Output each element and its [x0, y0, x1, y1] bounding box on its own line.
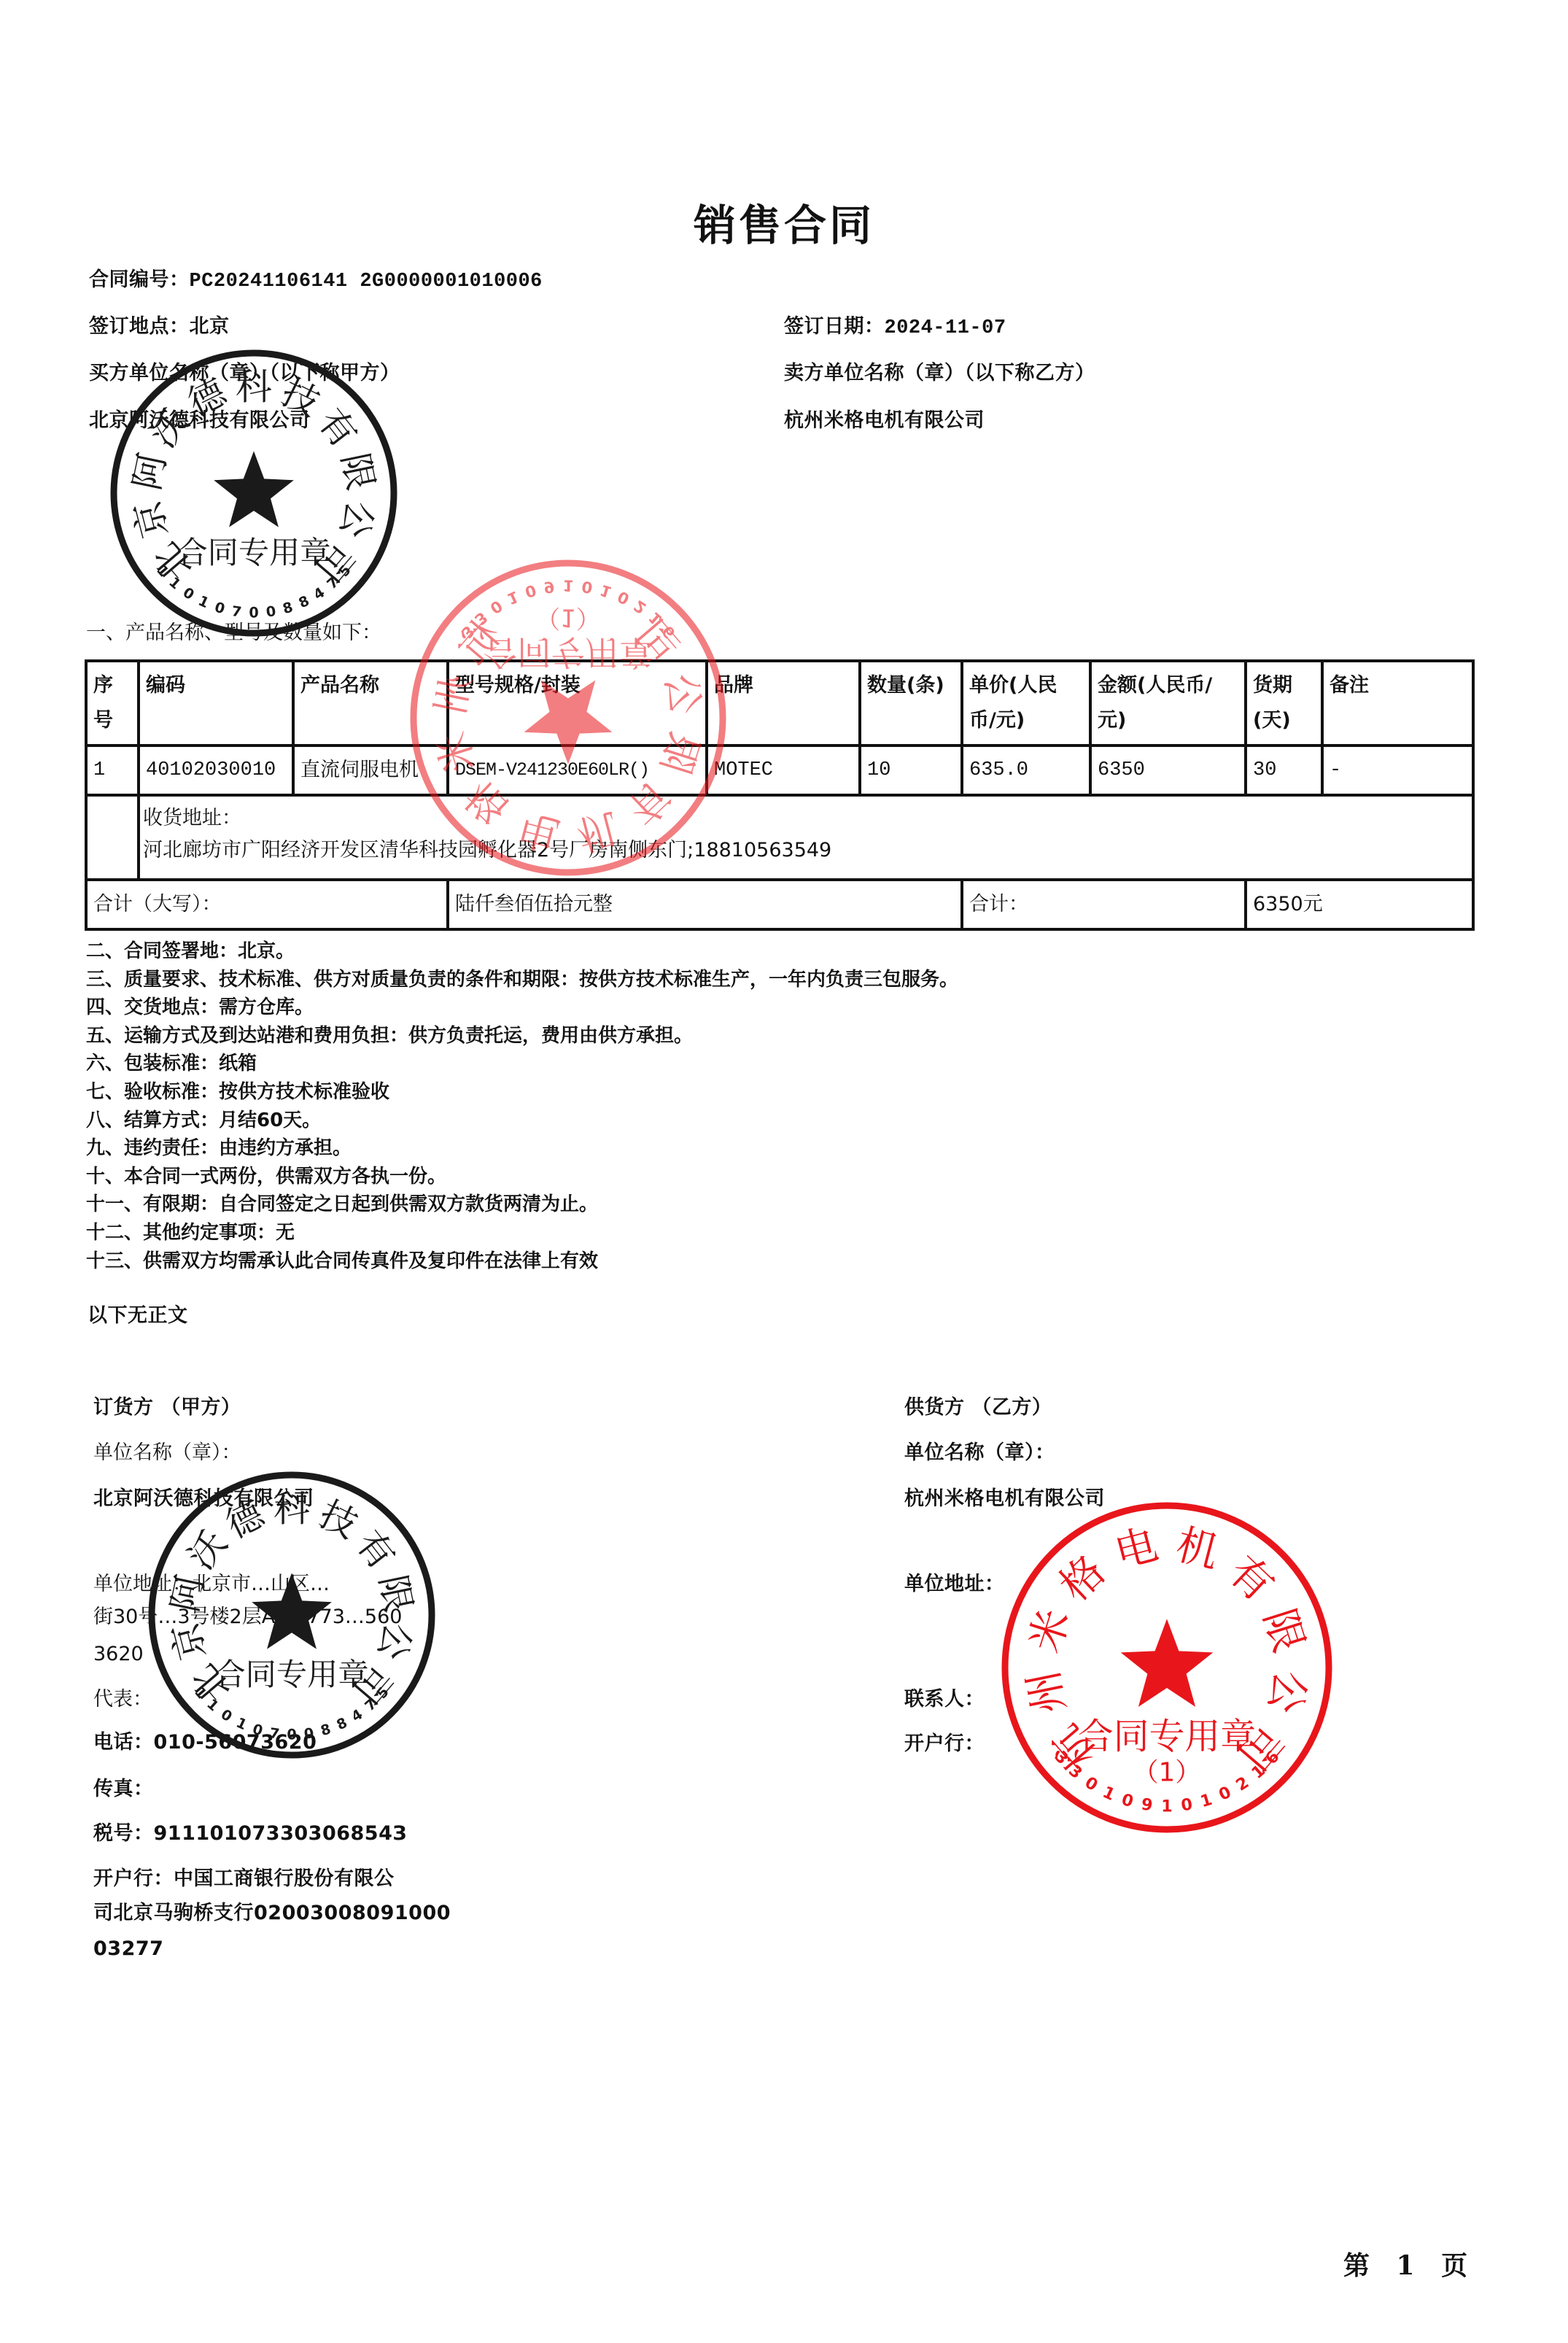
party-b-bank-label: 开户行： [904, 1732, 985, 1756]
svg-text:5: 5 [373, 1684, 392, 1702]
svg-text:限: 限 [1254, 1603, 1314, 1658]
svg-text:北: 北 [145, 535, 201, 590]
svg-text:3: 3 [1065, 1761, 1086, 1783]
party-a-heading: 订货方 （甲方） [93, 1396, 241, 1420]
svg-text:1: 1 [1198, 1790, 1214, 1811]
cell-brand: MOTEC [707, 745, 860, 795]
svg-text:1: 1 [598, 581, 613, 602]
svg-text:2: 2 [630, 597, 649, 618]
svg-text:技: 技 [313, 1492, 364, 1546]
svg-text:1: 1 [203, 1695, 222, 1714]
clause-item: 十、本合同一式两份，供需双方各执一份。 [86, 1165, 446, 1188]
svg-text:1: 1 [191, 1684, 210, 1702]
svg-text:公: 公 [1259, 1667, 1316, 1718]
svg-text:0: 0 [615, 587, 632, 608]
svg-text:2: 2 [1233, 1773, 1252, 1795]
svg-text:0: 0 [1119, 1790, 1136, 1811]
svg-text:7: 7 [362, 1695, 380, 1714]
table-header-row: 序号 编码 产品名称 型号规格/封装 品牌 数量(条) 单价(人民币/元) 金额… [86, 661, 1473, 745]
clause-item: 四、交货地点：需方仓库。 [86, 996, 314, 1019]
col-header-lead-time: 货期(天) [1246, 661, 1322, 745]
sign-date-value: 2024-11-07 [885, 317, 1006, 339]
total-row: 合计（大写）： 陆仟叁佰伍拾元整 合计： 6350元 [86, 880, 1473, 929]
svg-text:0: 0 [249, 605, 258, 621]
svg-text:8: 8 [281, 598, 295, 617]
col-header-model: 型号规格/封装 [448, 661, 707, 745]
party-b-address-label: 单位地址： [904, 1573, 1005, 1596]
party-b-contact-label: 联系人： [904, 1688, 985, 1711]
party-a-tax-label: 税号： [93, 1822, 154, 1845]
party-a-fax-label: 传真： [93, 1778, 154, 1801]
party-a-tax: 税号：91110107330306854З [93, 1822, 407, 1846]
contract-number-label: 合同编号： [89, 268, 190, 291]
buyer-label: 买方单位名称（章）（以下称甲方） [89, 362, 400, 385]
svg-text:0: 0 [1216, 1783, 1234, 1805]
svg-text:9: 9 [543, 578, 556, 597]
svg-text:3: 3 [1050, 1747, 1072, 1768]
address-label: 收货地址： [143, 802, 1466, 834]
svg-text:合同专用章: 合同专用章 [214, 1657, 368, 1692]
svg-text:8: 8 [319, 1720, 333, 1739]
clause-item: 十一、有限期：自合同签定之日起到供需双方款货两清为止。 [86, 1193, 598, 1216]
party-a-address-line3: 3620 [93, 1643, 144, 1666]
svg-text:合同专用章: 合同专用章 [176, 535, 330, 570]
cell-remarks: - [1322, 745, 1473, 795]
svg-text:1: 1 [1161, 1797, 1172, 1816]
svg-text:0: 0 [265, 603, 277, 621]
seller-label: 卖方单位名称（章）（以下称乙方） [784, 362, 1095, 385]
svg-text:1: 1 [504, 587, 521, 608]
svg-text:0: 0 [1082, 1773, 1101, 1795]
svg-text:司: 司 [1228, 1716, 1293, 1780]
svg-text:1: 1 [166, 573, 184, 592]
party-b-heading: 供货方 （乙方） [904, 1396, 1052, 1420]
svg-text:合同专用章: 合同专用章 [1078, 1716, 1256, 1757]
delivery-address-row: 收货地址： 河北廊坊市广阳经济开发区清华科技园孵化器2号厂房南侧东门;18810… [86, 795, 1473, 880]
clause-item: 七、验收标准：按供方技术标准验收 [86, 1080, 389, 1104]
cell-model: DSEM-V241230E60LR() [448, 745, 707, 795]
svg-text:0: 0 [487, 597, 506, 618]
svg-text:米: 米 [1020, 1603, 1079, 1658]
svg-text:1: 1 [153, 562, 172, 580]
col-header-amount: 金额(人民币/元) [1090, 661, 1246, 745]
col-header-remarks: 备注 [1322, 661, 1473, 745]
party-a-bank-line1: 开户行：中国工商银行股份有限公 [93, 1867, 395, 1891]
address-value: 河北廊坊市广阳经济开发区清华科技园孵化器2号厂房南侧东门;18810563549 [143, 834, 1466, 867]
svg-text:1: 1 [1248, 1761, 1269, 1783]
table-row: 1 40102030010 直流伺服电机 DSEM-V241230E60LR()… [86, 745, 1473, 795]
svg-text:北: 北 [183, 1657, 239, 1712]
total-caps-value: 陆仟叁佰伍拾元整 [448, 880, 962, 929]
cell-amount: 6350 [1090, 745, 1246, 795]
party-a-address-line1: 单位地址：北京市…山区… [93, 1573, 330, 1596]
cell-index: 1 [86, 745, 139, 795]
clause-item: 十二、其他约定事项：无 [86, 1221, 295, 1244]
svg-text:（1）: （1） [1133, 1757, 1201, 1787]
clause-item: 三、质量要求、技术标准、供方对质量负责的条件和期限：按供方技术标准生产，一年内负… [86, 968, 958, 991]
page-number: 第 1 页 [1343, 2245, 1476, 2282]
svg-text:1: 1 [1100, 1783, 1118, 1805]
seller-seal-stamp-signature: 杭州米格电机有限公司合同专用章（1）3301091010216 [999, 1500, 1335, 1835]
svg-text:9: 9 [1140, 1794, 1154, 1815]
address-cell: 收货地址： 河北廊坊市广阳经济开发区清华科技园孵化器2号厂房南侧东门;18810… [139, 795, 1473, 880]
svg-text:州: 州 [1018, 1667, 1075, 1718]
svg-text:有: 有 [1219, 1546, 1284, 1611]
clause-item: 二、合同签署地：北京。 [86, 940, 295, 963]
document-title: 销售合同 [0, 191, 1568, 252]
svg-text:沃: 沃 [180, 1522, 236, 1577]
party-a-phone-label: 电话： [93, 1731, 154, 1754]
svg-text:格: 格 [1050, 1546, 1115, 1611]
party-a-address-line2: 街30号…3号楼2层A…0773…560 [93, 1606, 402, 1629]
svg-text:杭: 杭 [1041, 1716, 1106, 1780]
col-header-index: 序号 [86, 661, 139, 745]
clause-item: 五、运输方式及到达站港和费用负担：供方负责托运，费用由供方承担。 [86, 1024, 693, 1047]
total-value: 6350元 [1246, 880, 1473, 929]
cell-unit-price: 635.0 [962, 745, 1090, 795]
buyer-seal-stamp: 北京阿沃德科技有限公司合同专用章1101070088475 [108, 347, 400, 639]
cell-code: 40102030010 [139, 745, 293, 795]
svg-text:3: 3 [471, 608, 492, 630]
svg-text:司: 司 [344, 1657, 400, 1712]
party-a-rep-label: 代表： [93, 1688, 152, 1711]
clause-item: 九、违约责任：由违约方承担。 [86, 1136, 352, 1160]
svg-text:3: 3 [457, 622, 478, 642]
svg-text:5: 5 [335, 562, 354, 580]
svg-text:1: 1 [195, 592, 211, 611]
svg-text:0: 0 [523, 581, 538, 602]
sign-date: 签订日期：2024-11-07 [784, 315, 1006, 340]
svg-text:机: 机 [1171, 1519, 1224, 1578]
svg-text:6: 6 [1262, 1747, 1284, 1768]
svg-text:0: 0 [213, 598, 227, 617]
col-header-quantity: 数量(条) [860, 661, 962, 745]
svg-text:司: 司 [306, 535, 362, 590]
buyer-name: 北京阿沃德科技有限公司 [89, 409, 310, 433]
col-header-product-name: 产品名称 [293, 661, 448, 745]
svg-text:0: 0 [581, 578, 594, 597]
section-1-heading: 一、产品名称、型号及数量如下： [86, 621, 381, 645]
svg-text:限: 限 [333, 449, 382, 494]
svg-text:京: 京 [126, 497, 176, 543]
col-header-brand: 品牌 [707, 661, 860, 745]
sign-place-label: 签订地点： [89, 315, 190, 338]
product-table: 序号 编码 产品名称 型号规格/封装 品牌 数量(条) 单价(人民币/元) 金额… [85, 659, 1475, 931]
svg-text:0: 0 [180, 584, 198, 603]
cell-lead-time: 30 [1246, 745, 1322, 795]
svg-text:8: 8 [296, 592, 312, 611]
svg-text:4: 4 [349, 1705, 366, 1725]
party-b-name: 杭州米格电机有限公司 [904, 1487, 1105, 1511]
party-a-phone: 电话：010-56073620 [93, 1731, 317, 1754]
party-a-name: 北京阿沃德科技有限公司 [93, 1487, 314, 1511]
cell-quantity: 10 [860, 745, 962, 795]
party-a-bank-line2: 司北京马驹桥支行02003008091000 [93, 1902, 451, 1925]
clause-item: 八、结算方式：月结60天。 [86, 1109, 321, 1132]
svg-text:0: 0 [218, 1705, 236, 1725]
sign-place: 签订地点：北京 [89, 315, 230, 338]
seller-name: 杭州米格电机有限公司 [784, 409, 985, 433]
party-a-tax-value: 91110107330306854З [154, 1822, 408, 1845]
sign-date-label: 签订日期： [784, 315, 885, 338]
party-a-bank-line3: 03277 [93, 1937, 163, 1961]
sign-place-value: 北京 [190, 315, 230, 338]
party-a-name-label: 单位名称（章）： [93, 1441, 241, 1465]
cell-product-name: 直流伺服电机 [293, 745, 448, 795]
party-b-name-label: 单位名称（章）： [904, 1441, 1055, 1465]
svg-text:（1）: （1） [535, 604, 600, 632]
svg-text:7: 7 [230, 603, 243, 621]
total-caps-label: 合计（大写）： [86, 880, 448, 929]
end-note: 以下无正文 [88, 1304, 188, 1328]
svg-text:4: 4 [311, 584, 328, 603]
svg-text:6: 6 [658, 622, 679, 642]
col-header-code: 编码 [139, 661, 293, 745]
col-header-unit-price: 单价(人民币/元) [962, 661, 1090, 745]
contract-number: 合同编号：PC20241106141 2G0000001010006 [89, 268, 543, 293]
address-spacer-cell [86, 795, 139, 880]
svg-text:公: 公 [332, 497, 382, 543]
svg-text:0: 0 [1180, 1794, 1194, 1815]
svg-text:阿: 阿 [125, 449, 174, 494]
total-label: 合计： [962, 880, 1246, 929]
svg-text:电: 电 [1109, 1519, 1163, 1578]
party-a-phone-value: 010-56073620 [154, 1731, 317, 1754]
svg-text:1: 1 [645, 608, 665, 630]
svg-text:有: 有 [310, 400, 365, 455]
clause-item: 六、包装标准：纸箱 [86, 1052, 257, 1075]
svg-text:7: 7 [324, 573, 342, 592]
contract-number-value: PC20241106141 2G0000001010006 [190, 271, 543, 293]
svg-text:有: 有 [348, 1522, 403, 1577]
svg-text:8: 8 [334, 1714, 350, 1733]
clause-item: 十三、供需双方均需承认此合同传真件及复印件在法律上有效 [86, 1250, 598, 1273]
svg-text:1: 1 [563, 577, 574, 595]
